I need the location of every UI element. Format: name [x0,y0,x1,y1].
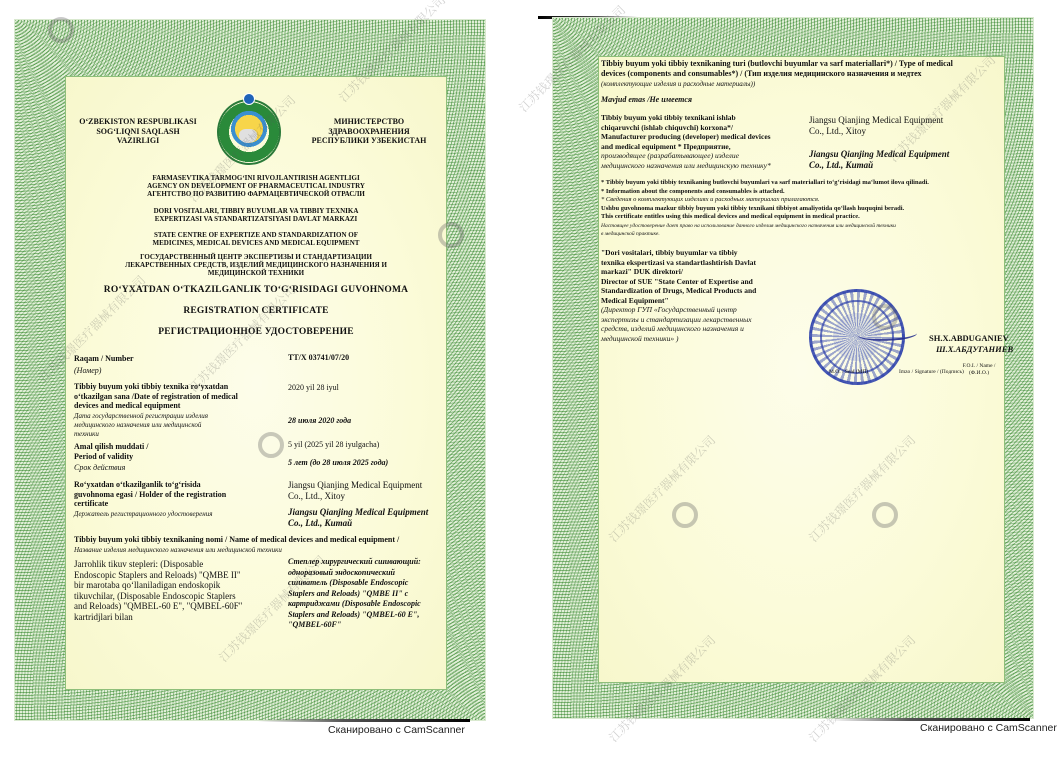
notes: * Tibbiy buyum yoki tibbiy texnikaning b… [601,179,1001,239]
seal-caption: М.О. / Seal (МП) [829,369,868,376]
validity-period-ru: 5 лет (до 28 июля 2025 года) [288,458,388,468]
certificate-body: Tibbiy buyum yoki tibbiy texnikaning tur… [598,56,1005,683]
director-title: "Dori vositalari, tibbiy buyumlar va tib… [601,248,781,343]
coat-of-arms-icon [217,99,281,165]
certificate-title-uz: RO‘YXATDAN O‘TKAZILGANLIK TO‘G‘RISIDAGI … [76,285,436,296]
validity-period: 5 yil (2025 yil 28 iyulgacha) [288,440,379,450]
device-name-label: Tibbiy buyum yoki tibbiy texnikaning nom… [74,535,454,545]
fio-caption: F.O.I. / Name / (Ф.И.О.) [959,363,999,377]
holder-name-ru: Jiangsu Qianjing Medical Equipment Co., … [288,507,428,528]
certificate-number: TT/X 03741/07/20 [288,353,349,363]
registration-date: 2020 yil 28 iyul [288,383,339,393]
holder-label-ru: Держатель регистрационного удостоверения [74,510,212,520]
certificate-page-1: O‘ZBEKISTON RESPUBLIKASI SOG‘LIQNI SAQLA… [15,20,485,720]
number-label: Raqam / Number [74,354,134,364]
device-name-uz: Jarrohlik tikuv stepleri: (Disposable En… [74,559,274,622]
director-name-cyrillic: Ш.Х.АБДУГАНИЕВ [936,345,1013,355]
centre-name-en: STATE CENTRE OF EXPERTIZE AND STANDARDIZ… [86,231,426,247]
centre-name-ru: ГОСУДАРСТВЕННЫЙ ЦЕНТР ЭКСПЕРТИЗЫ И СТАНД… [86,253,426,277]
device-type-label: Tibbiy buyum yoki tibbiy texnikaning tur… [601,59,1001,89]
certificate-body: O‘ZBEKISTON RESPUBLIKASI SOG‘LIQNI SAQLA… [65,76,447,690]
certificate-title-ru: РЕГИСТРАЦИОННОЕ УДОСТОВЕРЕНИЕ [76,327,436,338]
validity-label-ru: Срок действия [74,463,125,473]
centre-name-uz: DORI VOSITALARI, TIBBIY BUYUMLAR VA TIBB… [86,207,426,223]
manufacturer-name: Jiangsu Qianjing Medical Equipment Co., … [809,115,943,137]
scanner-label: Сканировано с CamScanner [920,722,1057,734]
director-name-latin: SH.X.ABDUGANIEV [929,334,1009,344]
signature-caption: Imzo / Signature / (Подпись) [899,369,964,376]
holder-name: Jiangsu Qianjing Medical Equipment Co., … [288,480,422,501]
scan-edge [830,718,1030,721]
device-name-ru: Степлер хирургический сшивающий: однораз… [288,557,448,631]
scan-edge [258,719,470,722]
certificate-page-2: Tibbiy buyum yoki tibbiy texnikaning tur… [553,18,1033,718]
number-label-ru: (Номер) [74,366,101,376]
registration-date-label: Tibbiy buyum yoki tibbiy texnika ro‘yxat… [74,382,289,411]
registration-date-label-ru: Дата государственной регистрации изделия… [74,412,289,439]
scanner-label: Сканировано с CamScanner [328,724,465,736]
ministry-uz: O‘ZBEKISTON RESPUBLIKASI SOG‘LIQNI SAQLA… [68,117,208,146]
device-name-label-ru: Название изделия медицинского назначения… [74,546,282,556]
registration-date-ru: 28 июля 2020 года [288,416,351,426]
ministry-ru: МИНИСТЕРСТВО ЗДРАВООХРАНЕНИЯ РЕСПУБЛИКИ … [294,117,444,146]
manufacturer-label: Tibbiy buyum yoki tibbiy texnikani ishla… [601,113,796,170]
validity-label: Amal qilish muddati / Period of validity [74,442,148,461]
certificate-title-en: REGISTRATION CERTIFICATE [76,306,436,317]
holder-label: Ro‘yxatdan o‘tkazilganlik to‘g‘risida gu… [74,480,289,509]
device-type-value: Mavjud emas /Не имеется [601,95,692,105]
agency-name: FARMASEVTIKA TARMOG‘INI RIVOJLANTIRISH A… [86,174,426,198]
manufacturer-name-ru: Jiangsu Qianjing Medical Equipment Co., … [809,149,949,171]
